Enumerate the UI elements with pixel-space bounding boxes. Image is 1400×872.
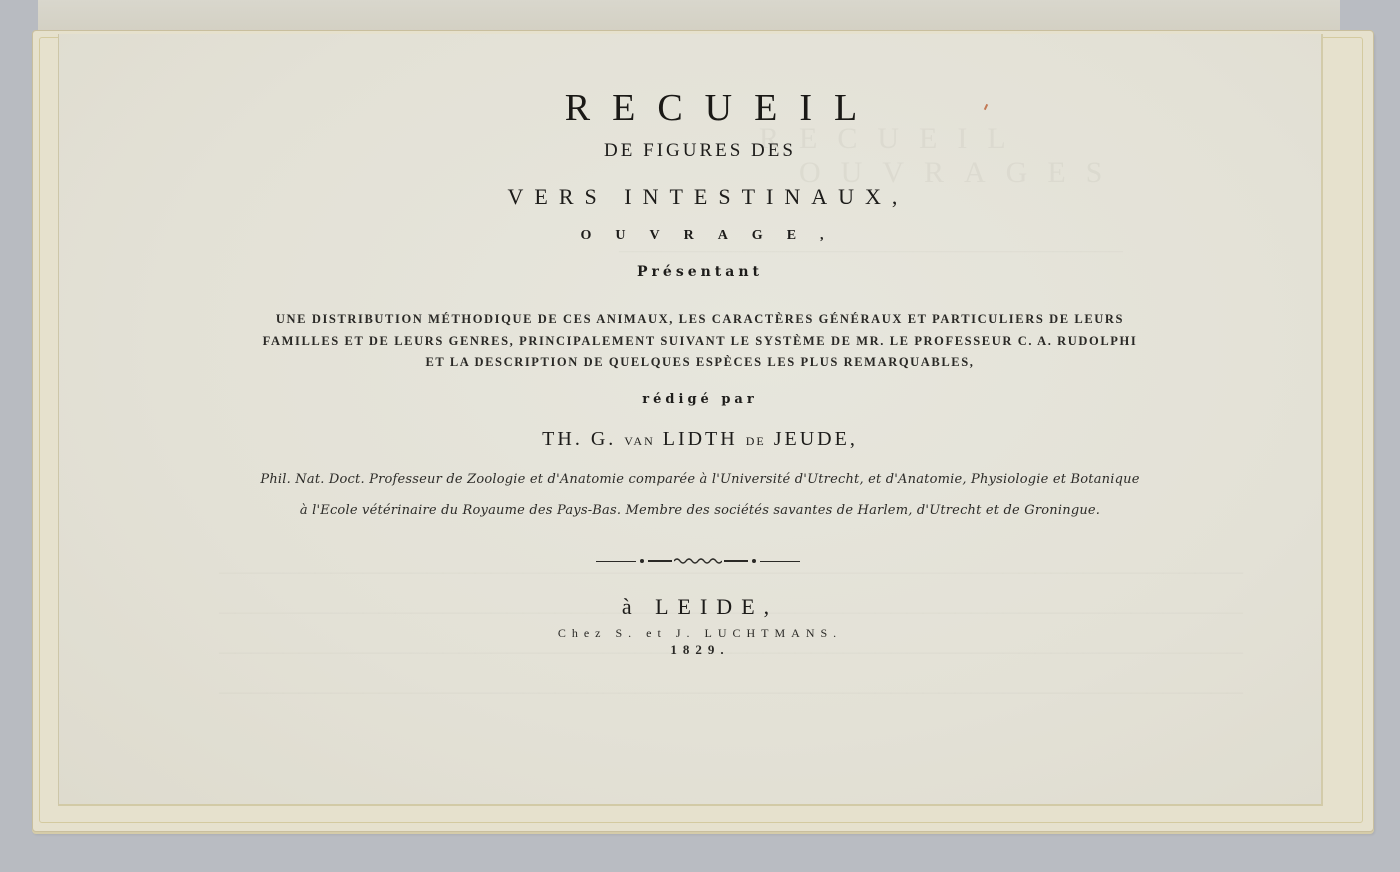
publication-place: à LEIDE, [0,594,1400,620]
author-name: TH. G. VAN LIDTH DE JEUDE, [0,428,1400,451]
wave-ornament-icon [674,557,722,565]
presenting-label: Présentant [0,264,1400,280]
subtitle-line-1: DE FIGURES DES [0,140,1400,162]
author-surname-lidth: LIDTH [663,428,738,450]
author-initials: TH. G. [542,428,616,450]
description-line-2: FAMILLES ET DE LEURS GENRES, PRINCIPALEM… [0,334,1400,349]
publication-year: 1829. [0,642,1400,658]
author-particle-de: DE [746,434,766,448]
author-surname-jeude: JEUDE, [774,428,858,450]
description-line-3: ET LA DESCRIPTION DE QUELQUES ESPÈCES LE… [0,355,1400,370]
edited-by-label: rédigé par [0,392,1400,407]
description-line-1: UNE DISTRIBUTION MÉTHODIQUE DE CES ANIMA… [0,312,1400,327]
publisher: Chez S. et J. LUCHTMANS. [0,626,1400,641]
subtitle-line-2: VERS INTESTINAUX, [0,184,1400,210]
author-particle-van: VAN [624,434,654,448]
decorative-rule [596,557,800,565]
document-title: RECUEIL [0,86,1400,130]
title-page-text: RECUEIL DE FIGURES DES VERS INTESTINAUX,… [0,0,1400,872]
author-credentials-line-2: à l'Ecole vétérinaire du Royaume des Pay… [0,503,1400,518]
work-label: OUVRAGE, [0,228,1400,244]
author-credentials-line-1: Phil. Nat. Doct. Professeur de Zoologie … [0,472,1400,487]
